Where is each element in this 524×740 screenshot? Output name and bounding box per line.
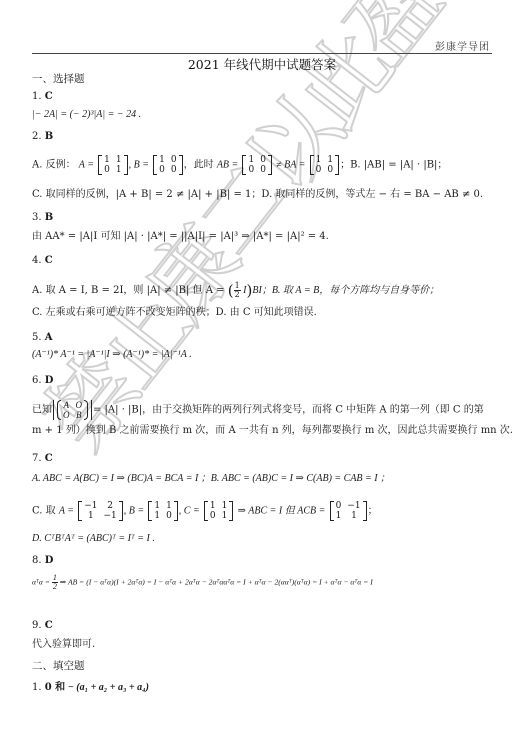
question-number: 1. [32, 91, 45, 102]
fill-question-1: 1. 0 和 − (a₁ + a₂ + a₃ + a₄) [32, 681, 149, 695]
matrix-ba: 1100 [310, 155, 339, 175]
question-number: 7. [32, 453, 45, 464]
answer-letter: C [45, 620, 53, 631]
matrix-c: 1101 [204, 501, 233, 521]
question-6-label: 6. D [32, 374, 53, 388]
header-org: 彭康学导团 [435, 38, 490, 53]
answer-letter: D [45, 375, 54, 386]
question-4-solution-cd: C. 左乘或右乘可逆方阵不改变矩阵的秩；D. 由 C 可知此项错误. [32, 306, 317, 320]
question-4-label: 4. C [32, 254, 53, 268]
answer-text: 0 和 [45, 682, 65, 693]
section-heading-choice: 一、选择题 [32, 72, 85, 86]
answer-expression: − (a₁ + a₂ + a₃ + a₄) [65, 682, 149, 693]
answer-letter: C [45, 255, 53, 266]
block-matrix: AOOB [57, 400, 88, 420]
fraction: 12 [234, 282, 241, 299]
matrix-a: 1101 [98, 155, 127, 175]
section-heading-fill: 二、填空题 [32, 659, 85, 673]
question-number: 2. [32, 131, 45, 142]
answer-letter: B [45, 212, 53, 223]
matrix-b: 1000 [153, 155, 182, 175]
question-4-solution-ab: A. 取 A = I, B = 2I，则 |A| ≠ |B| 但 A = (12… [32, 282, 439, 299]
question-6-solution-line1: 已知AOOB= |A| · |B|，由于交换矩阵的两列行列式将变号，而将 C 中… [32, 400, 484, 420]
question-number: 6. [32, 375, 45, 386]
answer-letter: C [45, 91, 53, 102]
question-number: 8. [32, 555, 45, 566]
question-2-label: 2. B [32, 130, 53, 144]
fraction: 12 [52, 574, 58, 591]
question-2-solution-cd: C. 取同样的反例，|A + B| = 2 ≠ |A| + |B| = 1；D.… [32, 188, 483, 202]
matrix-a: −121−1 [78, 501, 123, 521]
question-7-solution-ab: A. ABC = A(BC) = I ⇒ (BC)A = BCA = I ；B.… [32, 472, 390, 486]
question-9-solution: 代入验算即可. [32, 638, 95, 652]
header-rule [32, 53, 492, 54]
question-8-solution: αᵀα = 12 ⇒ AB = (I − αᵀα)(I + 2αᵀα) = I … [32, 574, 373, 591]
question-7-label: 7. C [32, 452, 53, 466]
option-a-text: A. 反例： [32, 160, 76, 171]
question-3-label: 3. B [32, 211, 53, 225]
question-8-label: 8. D [32, 554, 53, 568]
answer-letter: B [45, 131, 53, 142]
question-7-solution-d: D. CᵀBᵀAᵀ = (ABC)ᵀ = Iᵀ = I . [32, 532, 155, 546]
question-2-solution-ab: A. 反例： A = 1101, B = 1000，此时 AB = 1000 ≠… [32, 155, 447, 175]
answer-letter: C [45, 453, 53, 464]
question-6-solution-line2: m + 1 列）换到 B 之前需要换行 m 次，而 A 一共有 n 列，每列都要… [32, 424, 513, 438]
question-number: 5. [32, 332, 45, 343]
document-page: 禁止康二以此盈利 彭康学导团 2021 年线代期中试题答案 一、选择题 1. C… [0, 0, 524, 740]
answer-letter: D [45, 555, 54, 566]
question-number: 3. [32, 212, 45, 223]
page-title: 2021 年线代期中试题答案 [0, 55, 524, 73]
answer-letter: A [45, 332, 53, 343]
matrix-b: 1110 [148, 501, 177, 521]
question-1-label: 1. C [32, 90, 53, 104]
question-5-solution: (A⁻¹)* A⁻¹ = |A⁻¹|I ⇒ (A⁻¹)* = |A|⁻¹A . [32, 348, 192, 362]
matrix-acb: 0−111 [330, 501, 367, 521]
question-9-label: 9. C [32, 619, 53, 633]
question-1-solution: |− 2A| = (− 2)³|A| = − 24 . [32, 108, 141, 122]
question-number: 4. [32, 255, 45, 266]
option-b-text: ；B. |AB| = |A| · |B|； [340, 160, 447, 171]
question-number: 1. [32, 682, 45, 693]
question-3-solution: 由 AA* = |A|I 可知 |A| · |A*| = ||A|I| = |A… [32, 230, 329, 244]
question-7-solution-c: C. 取 A = −121−1, B = 1110, C = 1101 ⇒ AB… [32, 501, 378, 521]
matrix-ab: 1000 [242, 155, 271, 175]
question-number: 9. [32, 620, 45, 631]
question-5-label: 5. A [32, 331, 53, 345]
